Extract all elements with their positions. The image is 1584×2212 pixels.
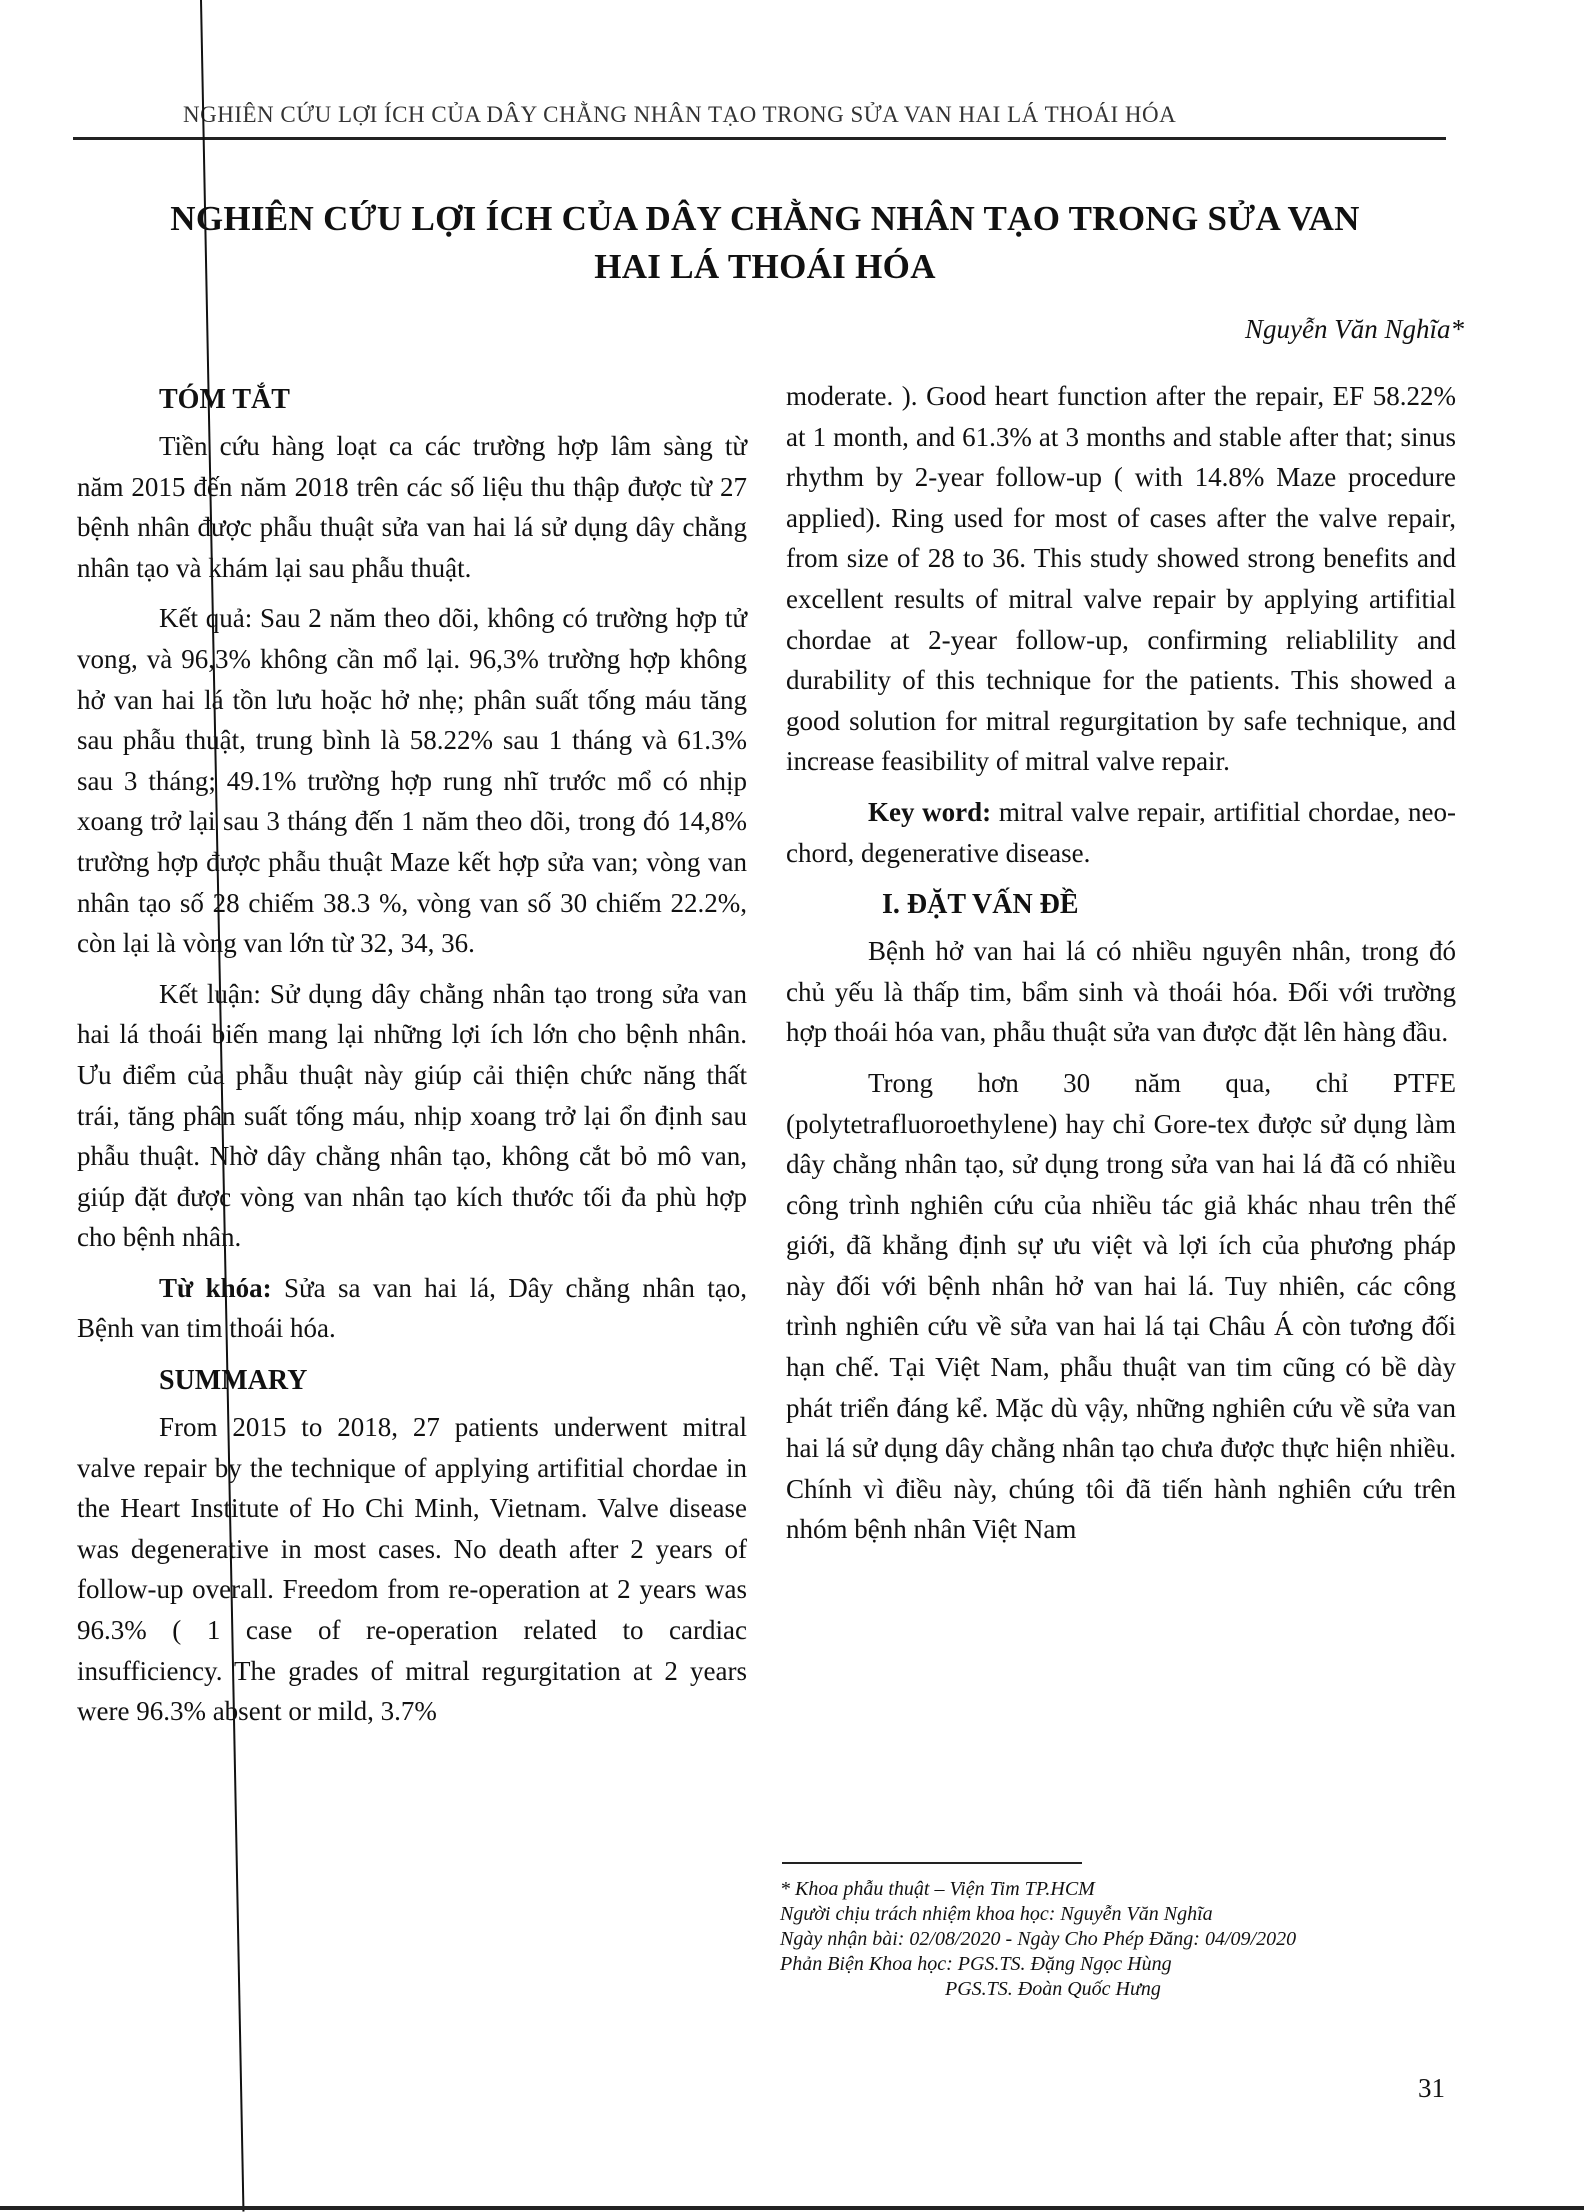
title-line-2: HAI LÁ THOÁI HÓA — [100, 243, 1430, 291]
page-bottom-edge — [0, 2206, 1584, 2210]
summary-continuation: moderate. ). Good heart function after t… — [786, 376, 1456, 782]
footnote-affiliation: * Khoa phẫu thuật – Viện Tim TP.HCM — [780, 1877, 1296, 1902]
abstract-vi-conclusion: Kết luận: Sử dụng dây chằng nhân tạo tro… — [77, 974, 747, 1258]
author: Nguyễn Văn Nghĩa* — [1245, 314, 1464, 345]
section-1-paragraph-2: Trong hơn 30 năm qua, chỉ PTFE (polytetr… — [786, 1063, 1456, 1550]
keywords-vi: Từ khóa: Sửa sa van hai lá, Dây chằng nh… — [77, 1268, 747, 1349]
keywords-vi-label: Từ khóa: — [159, 1273, 272, 1303]
article-title: NGHIÊN CỨU LỢI ÍCH CỦA DÂY CHẰNG NHÂN TẠ… — [100, 195, 1430, 291]
footnotes: * Khoa phẫu thuật – Viện Tim TP.HCM Ngườ… — [780, 1877, 1296, 2002]
footnote-responsible: Người chịu trách nhiệm khoa học: Nguyễn … — [780, 1902, 1296, 1927]
footnote-rule — [782, 1862, 1082, 1864]
right-column: moderate. ). Good heart function after t… — [786, 376, 1456, 1560]
left-column: TÓM TẮT Tiền cứu hàng loạt ca các trường… — [77, 378, 747, 1742]
summary-paragraph: From 2015 to 2018, 27 patients underwent… — [77, 1407, 747, 1732]
title-line-1: NGHIÊN CỨU LỢI ÍCH CỦA DÂY CHẰNG NHÂN TẠ… — [100, 195, 1430, 243]
footnote-dates: Ngày nhận bài: 02/08/2020 - Ngày Cho Phé… — [780, 1927, 1296, 1952]
section-1-heading: I. ĐẶT VẤN ĐỀ — [786, 883, 1456, 927]
footnote-reviewers-2: PGS.TS. Đoàn Quốc Hưng — [780, 1977, 1296, 2002]
abstract-vi-intro: Tiền cứu hàng loạt ca các trường hợp lâm… — [77, 426, 747, 588]
abstract-vi-results: Kết quả: Sau 2 năm theo dõi, không có tr… — [77, 598, 747, 963]
page-number: 31 — [1418, 2073, 1445, 2104]
keywords-en-label: Key word: — [868, 797, 991, 827]
header-rule — [73, 137, 1446, 140]
abstract-vi-heading: TÓM TẮT — [77, 378, 747, 422]
running-header: NGHIÊN CỨU LỢI ÍCH CỦA DÂY CHẰNG NHÂN TẠ… — [183, 102, 1383, 128]
summary-heading: SUMMARY — [77, 1359, 747, 1403]
section-1-paragraph-1: Bệnh hở van hai lá có nhiều nguyên nhân,… — [786, 931, 1456, 1053]
footnote-reviewers-1: Phản Biện Khoa học: PGS.TS. Đặng Ngọc Hù… — [780, 1952, 1296, 1977]
keywords-en: Key word: mitral valve repair, artifitia… — [786, 792, 1456, 873]
